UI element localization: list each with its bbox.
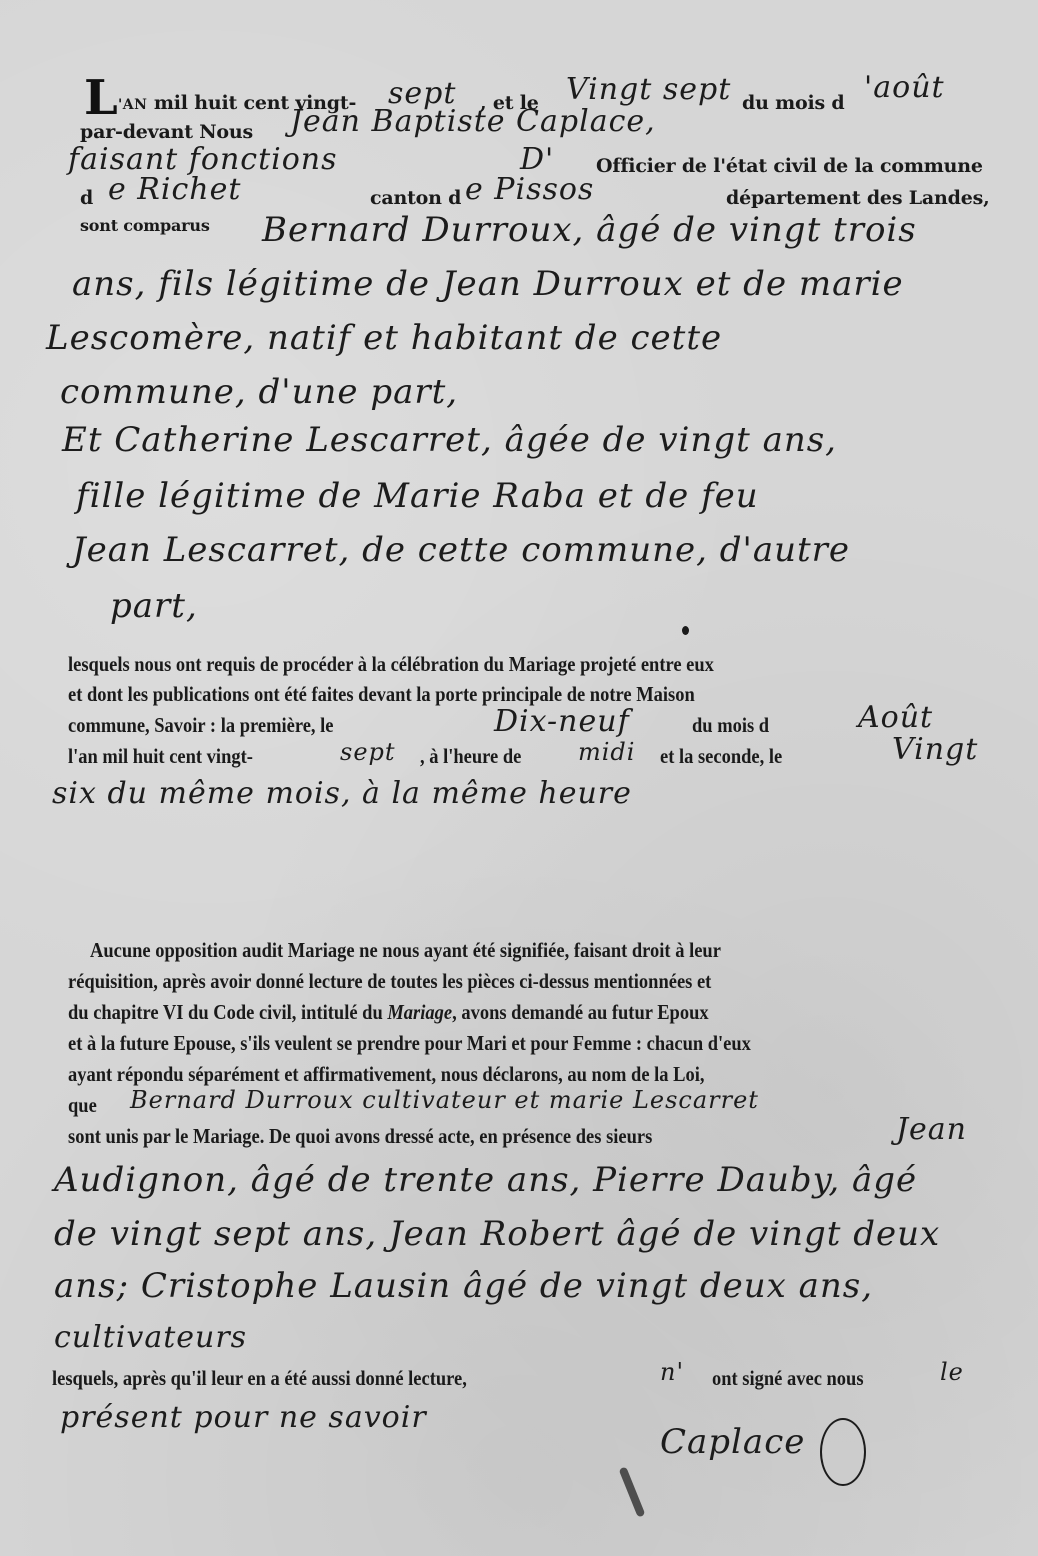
ink-smudge bbox=[619, 1466, 646, 1517]
hw-closing-b: présent pour ne savoir bbox=[60, 1400, 427, 1435]
hw-groom-line1: Bernard Durroux, âgé de vingt trois bbox=[262, 210, 917, 250]
hw-witness-line3: ans; Cristophe Lausin âgé de vingt deux … bbox=[54, 1266, 873, 1306]
printed-p2-line4a: l'an mil huit cent vingt- bbox=[68, 744, 253, 769]
printed-p2-line3a: commune, Savoir : la première, le bbox=[68, 713, 333, 738]
printed-p3-line7: sont unis par le Mariage. De quoi avons … bbox=[68, 1124, 652, 1149]
hw-not-signed: n' bbox=[660, 1358, 684, 1386]
printed-canton: canton d bbox=[370, 187, 461, 209]
hw-groom-line2: ans, fils légitime de Jean Durroux et de… bbox=[72, 264, 904, 304]
printed-p3-line3: du chapitre VI du Code civil, intitulé d… bbox=[68, 1000, 709, 1025]
hw-bride-line2: fille légitime de Marie Raba et de feu bbox=[76, 476, 759, 516]
hw-witness-line2: de vingt sept ans, Jean Robert âgé de vi… bbox=[54, 1214, 940, 1254]
printed-p3-que: que bbox=[68, 1093, 97, 1118]
signature-flourish bbox=[820, 1418, 866, 1486]
hw-month: 'août bbox=[864, 70, 945, 105]
hw-witness-line1: Audignon, âgé de trente ans, Pierre Daub… bbox=[54, 1160, 917, 1200]
hw-bride-line4: part, bbox=[110, 586, 198, 626]
printed-p3-line1: Aucune opposition audit Mariage ne nous … bbox=[90, 938, 721, 963]
hw-witness-line4: cultivateurs bbox=[54, 1320, 247, 1355]
hw-bride-line3: Jean Lescarret, de cette commune, d'autr… bbox=[72, 530, 850, 570]
printed-p4-line1a: lesquels, après qu'il leur en a été auss… bbox=[52, 1366, 467, 1391]
printed-departement: département des Landes, bbox=[726, 187, 990, 209]
printed-d: d bbox=[80, 187, 93, 209]
hw-groom-line3: Lescomère, natif et habitant de cette bbox=[46, 318, 722, 358]
ink-blot bbox=[682, 626, 689, 635]
hw-second-pub-b: six du même mois, à la même heure bbox=[52, 776, 632, 811]
printed-du-mois: du mois d bbox=[742, 92, 845, 114]
printed-p3-line2: réquisition, après avoir donné lecture d… bbox=[68, 969, 711, 994]
hw-closing-a: le bbox=[940, 1358, 964, 1386]
hw-second-pub-a: Vingt bbox=[892, 732, 978, 767]
civil-record-page: L 'AN mil huit cent vingt- sept , et le … bbox=[0, 0, 1038, 1556]
printed-p2-line1: lesquels nous ont requis de procéder à l… bbox=[68, 652, 714, 677]
hw-bride-line1: Et Catherine Lescarret, âgée de vingt an… bbox=[62, 420, 837, 460]
hw-first-pub-day: Dix-neuf bbox=[494, 704, 630, 739]
officer-signature: Caplace bbox=[660, 1422, 805, 1462]
hw-groom-line4: commune, d'une part, bbox=[60, 372, 458, 412]
hw-canton: e Pissos bbox=[465, 172, 594, 207]
printed-officier: Officier de l'état civil de la commune bbox=[596, 155, 983, 177]
hw-spouses: Bernard Durroux cultivateur et marie Les… bbox=[130, 1086, 759, 1114]
printed-p4-line1b: ont signé avec nous bbox=[712, 1366, 864, 1391]
hw-witness-a: Jean bbox=[896, 1112, 967, 1147]
drop-cap: L bbox=[84, 74, 118, 122]
hw-first-pub-month: Août bbox=[858, 700, 933, 735]
printed-p3-line4: et à la future Epouse, s'ils veulent se … bbox=[68, 1031, 751, 1056]
printed-p3-line5: ayant répondu séparément et affirmativem… bbox=[68, 1062, 705, 1087]
hw-pub-hour: midi bbox=[578, 738, 635, 766]
hw-officer-name: Jean Baptiste Caplace, bbox=[290, 104, 656, 139]
printed-p2-line4c: et la seconde, le bbox=[660, 744, 782, 769]
hw-pub-year: sept bbox=[340, 738, 396, 766]
hw-day: Vingt sept bbox=[566, 72, 731, 107]
hw-commune: e Richet bbox=[108, 172, 241, 207]
printed-sont-comparus: sont comparus bbox=[80, 216, 210, 235]
printed-p2-line4b: , à l'heure de bbox=[420, 744, 521, 769]
printed-par-devant: par-devant Nous bbox=[80, 121, 253, 143]
printed-p2-line3b: du mois d bbox=[692, 713, 769, 738]
